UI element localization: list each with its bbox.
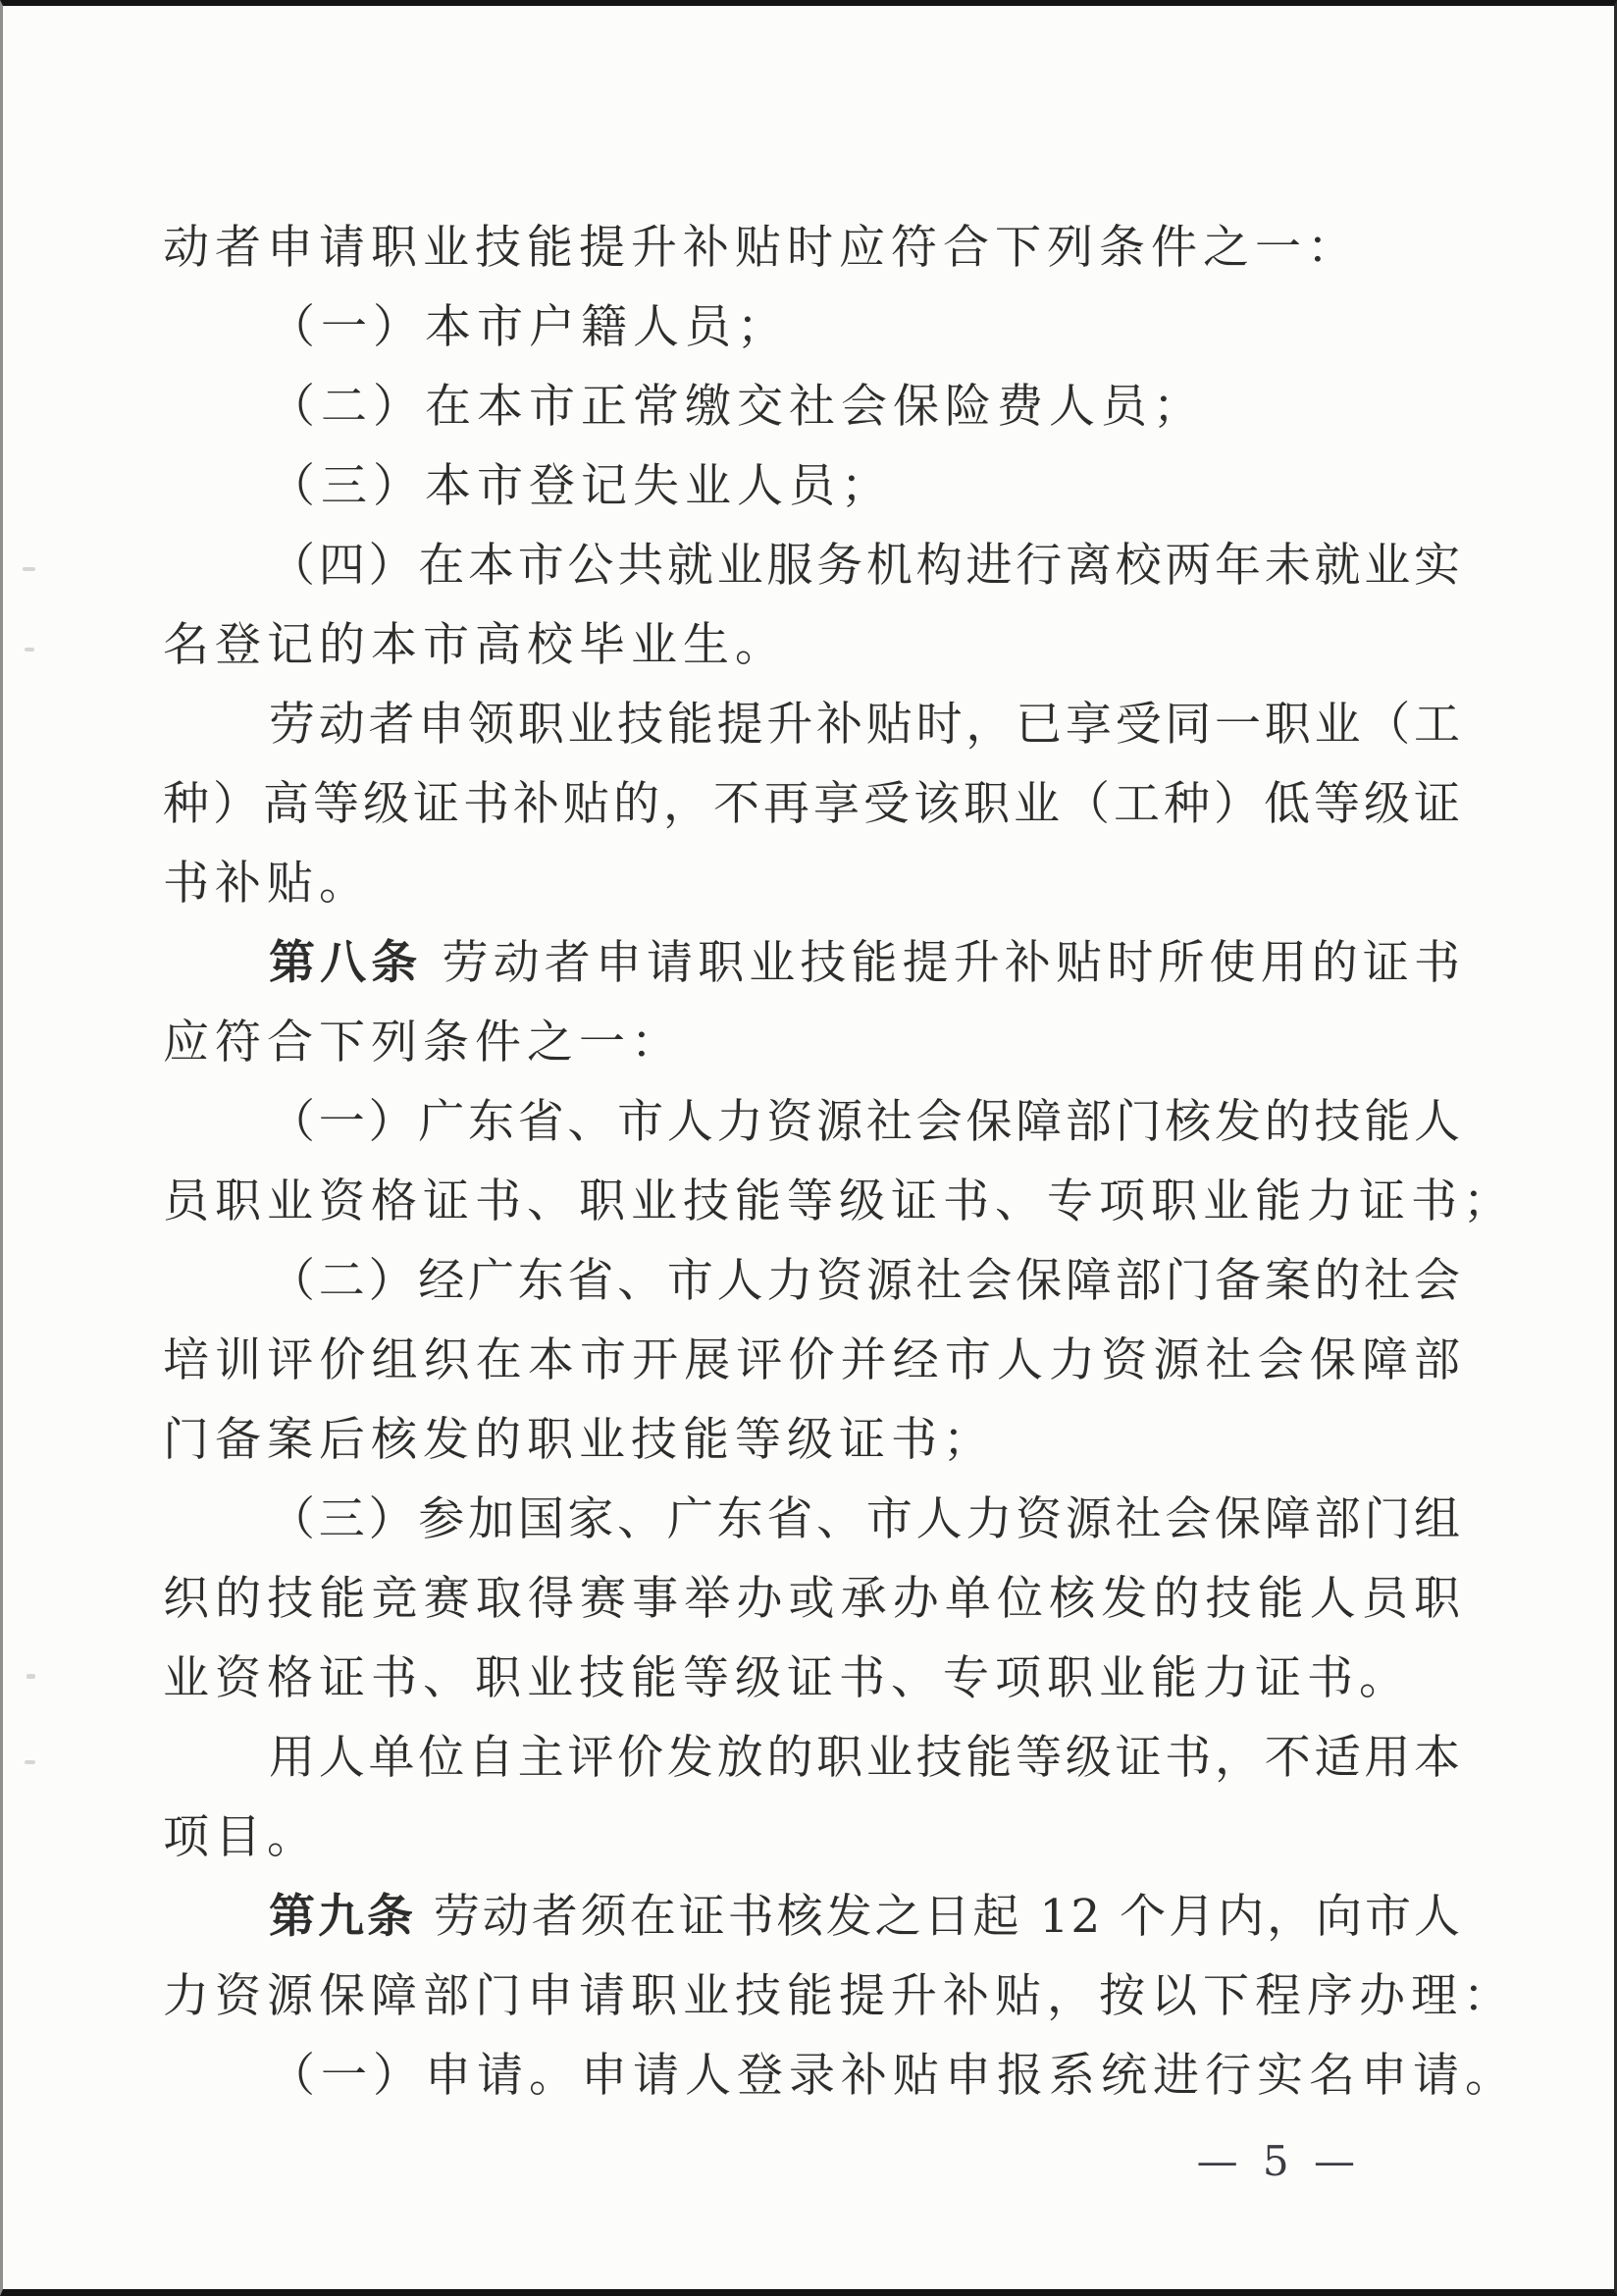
text-segment: 业资格证书、职业技能等级证书、专项职业能力证书。 <box>163 1651 1411 1705</box>
text-line: 员职业资格证书、职业技能等级证书、专项职业能力证书； <box>163 1162 1462 1241</box>
text-line: 门备案后核发的职业技能等级证书； <box>163 1400 1462 1480</box>
text-segment: （四）在本市公共就业服务机构进行离校两年未就业实 <box>269 539 1462 593</box>
text-segment: （三）参加国家、广东省、市人力资源社会保障部门组 <box>269 1492 1462 1546</box>
text-line: 力资源保障部门申请职业技能提升补贴，按以下程序办理： <box>163 1957 1462 2036</box>
text-segment: （二）经广东省、市人力资源社会保障部门备案的社会 <box>269 1254 1462 1308</box>
text-line: 织的技能竞赛取得赛事举办或承办单位核发的技能人员职 <box>163 1559 1462 1639</box>
text-segment: 员职业资格证书、职业技能等级证书、专项职业能力证书； <box>163 1174 1515 1228</box>
text-line: （一）申请。申请人登录补贴申报系统进行实名申请。 <box>163 2036 1462 2115</box>
scan-artifact-mark <box>23 567 35 571</box>
article-heading: 第九条 <box>269 1890 416 1944</box>
text-segment: 力资源保障部门申请职业技能提升补贴，按以下程序办理： <box>163 1969 1515 2023</box>
scan-artifact-mark <box>25 1760 35 1764</box>
text-line: 培训评价组织在本市开展评价并经市人力资源社会保障部 <box>163 1321 1462 1400</box>
text-segment: 应符合下列条件之一： <box>163 1016 683 1070</box>
text-line: 项目。 <box>163 1798 1462 1877</box>
text-line: （一）广东省、市人力资源社会保障部门核发的技能人 <box>163 1082 1462 1162</box>
text-line: （四）在本市公共就业服务机构进行离校两年未就业实 <box>163 526 1462 605</box>
text-segment: 劳动者须在证书核发之日起 12 个月内，向市人 <box>416 1890 1462 1944</box>
text-segment: 劳动者申领职业技能提升补贴时，已享受同一职业（工 <box>269 698 1462 752</box>
scan-artifact-mark <box>25 648 34 652</box>
text-segment: 用人单位自主评价发放的职业技能等级证书，不适用本 <box>269 1731 1462 1785</box>
text-segment: （一）广东省、市人力资源社会保障部门核发的技能人 <box>269 1095 1462 1149</box>
text-line: 应符合下列条件之一： <box>163 1003 1462 1082</box>
text-segment: 织的技能竞赛取得赛事举办或承办单位核发的技能人员职 <box>163 1572 1462 1626</box>
text-line: （二）经广东省、市人力资源社会保障部门备案的社会 <box>163 1241 1462 1321</box>
scan-artifact-mark <box>26 1674 35 1679</box>
text-line: （二）在本市正常缴交社会保险费人员； <box>163 367 1462 446</box>
text-segment: 培训评价组织在本市开展评价并经市人力资源社会保障部 <box>163 1333 1462 1387</box>
text-segment: （一）本市户籍人员； <box>269 300 789 354</box>
scanned-document-page: 动者申请职业技能提升补贴时应符合下列条件之一：（一）本市户籍人员；（二）在本市正… <box>0 0 1617 2296</box>
text-segment: （一）申请。申请人登录补贴申报系统进行实名申请。 <box>269 2049 1517 2103</box>
document-body: 动者申请职业技能提升补贴时应符合下列条件之一：（一）本市户籍人员；（二）在本市正… <box>163 208 1462 2115</box>
text-segment: 名登记的本市高校毕业生。 <box>163 618 787 672</box>
text-line: 动者申请职业技能提升补贴时应符合下列条件之一： <box>163 208 1462 287</box>
text-segment: （三）本市登记失业人员； <box>269 459 893 513</box>
text-line: 名登记的本市高校毕业生。 <box>163 605 1462 685</box>
text-line: （三）本市登记失业人员； <box>163 446 1462 526</box>
text-line: 种）高等级证书补贴的，不再享受该职业（工种）低等级证 <box>163 764 1462 844</box>
article-heading: 第八条 <box>269 936 422 990</box>
text-line: 书补贴。 <box>163 844 1462 923</box>
text-segment: 书补贴。 <box>163 857 371 911</box>
text-segment: 项目。 <box>163 1810 319 1864</box>
text-segment: 动者申请职业技能提升补贴时应符合下列条件之一： <box>163 221 1359 275</box>
text-line: （一）本市户籍人员； <box>163 287 1462 367</box>
text-segment: 种）高等级证书补贴的，不再享受该职业（工种）低等级证 <box>163 777 1462 831</box>
text-segment: 劳动者申请职业技能提升补贴时所使用的证书 <box>422 936 1462 990</box>
text-line: （三）参加国家、广东省、市人力资源社会保障部门组 <box>163 1480 1462 1559</box>
text-segment: （二）在本市正常缴交社会保险费人员； <box>269 380 1205 434</box>
text-segment: 门备案后核发的职业技能等级证书； <box>163 1413 995 1467</box>
text-line: 劳动者申领职业技能提升补贴时，已享受同一职业（工 <box>163 685 1462 764</box>
text-line: 第八条 劳动者申请职业技能提升补贴时所使用的证书 <box>163 923 1462 1003</box>
text-line: 第九条 劳动者须在证书核发之日起 12 个月内，向市人 <box>163 1877 1462 1957</box>
text-line: 用人单位自主评价发放的职业技能等级证书，不适用本 <box>163 1718 1462 1798</box>
page-number: — 5 — <box>1197 2137 1361 2185</box>
text-line: 业资格证书、职业技能等级证书、专项职业能力证书。 <box>163 1639 1462 1718</box>
